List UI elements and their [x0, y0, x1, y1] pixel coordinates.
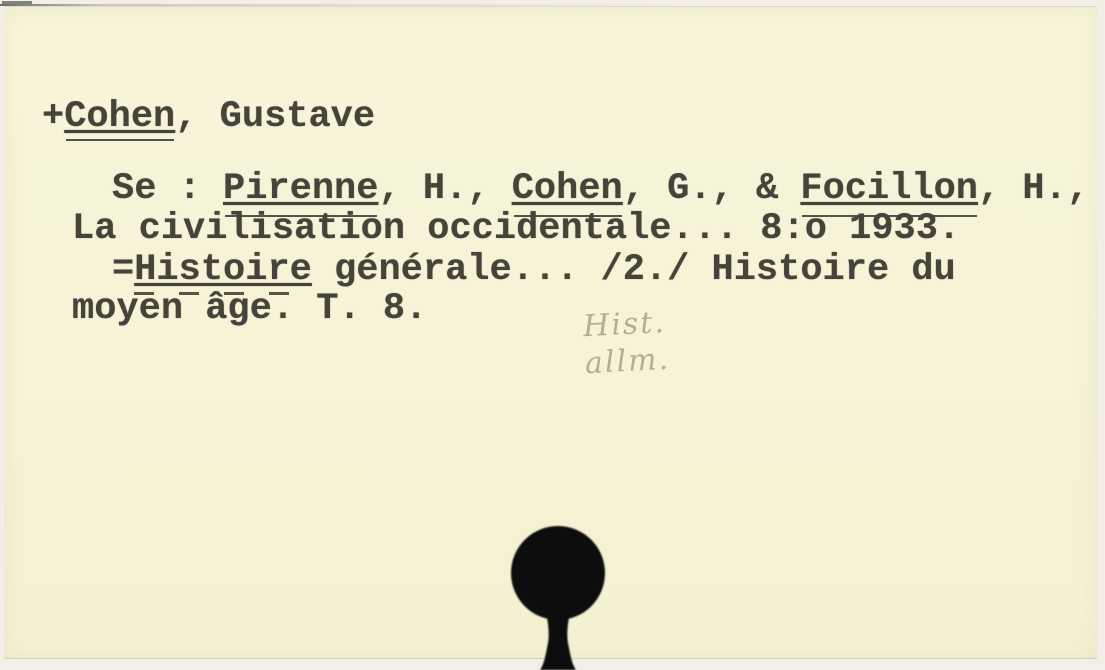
filing-plus-symbol: +: [42, 96, 64, 138]
author-cohen-initial: , G., &: [623, 168, 801, 210]
author-focillon: Focillon: [800, 168, 978, 210]
author-focillon-initial: , H.,: [978, 168, 1089, 210]
series-note-line1: =Histoire générale... /2./ Histoire du: [112, 250, 956, 290]
card-top-edge: [0, 4, 707, 6]
series-line2-text: moyen âge. T. 8.: [72, 288, 427, 330]
pencil-annotation-line2: allm.: [584, 341, 671, 382]
pencil-annotation: Hist. allm.: [582, 304, 671, 382]
see-reference-line: Se : Pirenne, H., Cohen, G., & Focillon,…: [112, 169, 1089, 209]
title-text: La civilisation occidentale... 8:o 1933.: [72, 208, 960, 250]
title-line: La civilisation occidentale... 8:o 1933.: [72, 209, 960, 249]
author-cohen: Cohen: [512, 168, 623, 210]
scan-corner-mark: [2, 1, 32, 4]
pencil-annotation-line1: Hist.: [582, 304, 669, 345]
catalog-card-scan: +Cohen, Gustave Se : Pirenne, H., Cohen,…: [0, 0, 1105, 670]
author-pirenne: Pirenne: [223, 168, 378, 210]
series-note-line2: moyen âge. T. 8.: [72, 289, 427, 329]
series-filing-word: Histoire: [134, 249, 312, 291]
rod-hole-punch-icon: [495, 520, 625, 670]
heading-surname: Cohen: [64, 96, 175, 138]
heading-forename: , Gustave: [175, 96, 375, 138]
series-rest: générale... /2./ Histoire du: [312, 249, 956, 291]
series-equals-symbol: =: [112, 249, 134, 291]
see-label: Se :: [112, 168, 223, 210]
author-pirenne-initial: , H.,: [378, 168, 511, 210]
heading-line: +Cohen, Gustave: [42, 97, 375, 137]
